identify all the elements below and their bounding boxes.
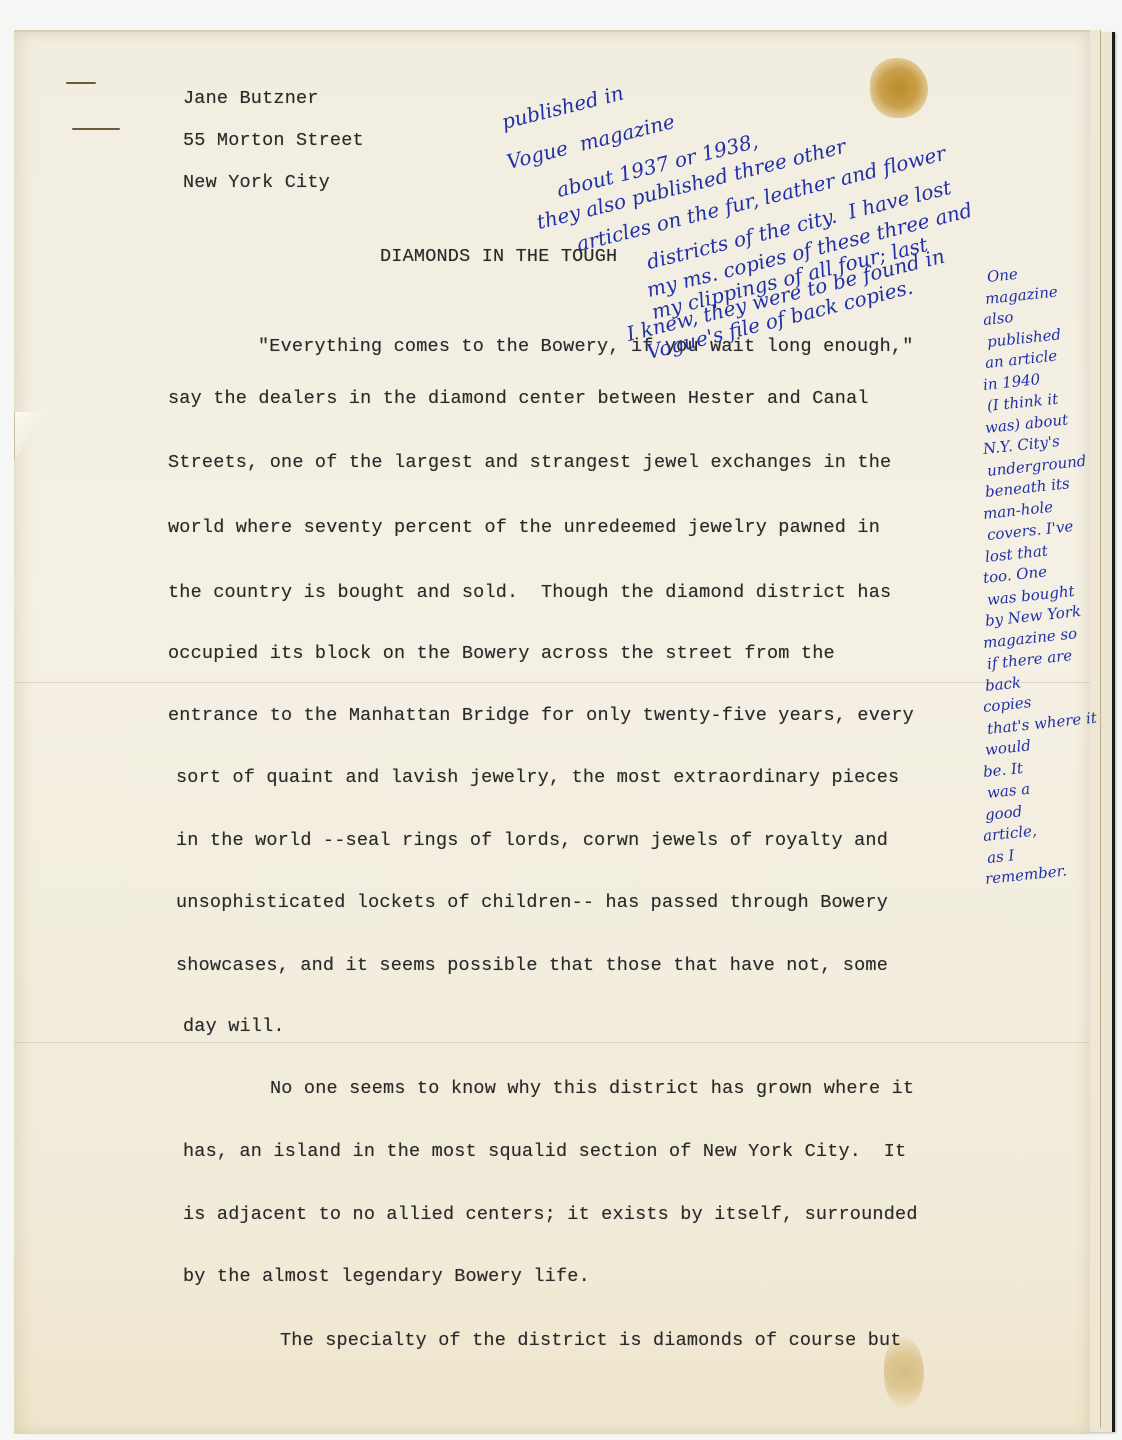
body-line: say the dealers in the diamond center be… xyxy=(168,388,869,409)
body-line: world where seventy percent of the unred… xyxy=(168,517,880,538)
handwritten-margin-line: be. It xyxy=(982,758,1024,780)
body-line: by the almost legendary Bowery life. xyxy=(183,1266,590,1287)
staple-mark xyxy=(72,128,120,130)
body-line: unsophisticated lockets of children-- ha… xyxy=(176,892,888,913)
handwritten-margin-line: as I xyxy=(986,846,1015,867)
body-line: is adjacent to no allied centers; it exi… xyxy=(183,1204,918,1225)
body-line: has, an island in the most squalid secti… xyxy=(183,1141,906,1162)
handwritten-margin-line: back xyxy=(984,673,1022,695)
author-city: New York City xyxy=(183,172,330,193)
body-line: No one seems to know why this district h… xyxy=(270,1078,914,1099)
body-line: day will. xyxy=(183,1016,285,1037)
body-line: in the world --seal rings of lords, corw… xyxy=(176,830,888,851)
body-line: Streets, one of the largest and stranges… xyxy=(168,452,891,473)
body-line: entrance to the Manhattan Bridge for onl… xyxy=(168,705,914,726)
body-line: "Everything comes to the Bowery, if you … xyxy=(258,336,914,357)
handwritten-margin-line: One xyxy=(986,265,1019,286)
body-line: sort of quaint and lavish jewelry, the m… xyxy=(176,767,899,788)
body-line: showcases, and it seems possible that th… xyxy=(176,955,888,976)
staple-mark xyxy=(66,82,96,84)
handwritten-margin-line: also xyxy=(982,308,1014,329)
paper-fold xyxy=(14,1042,1090,1043)
body-line: The specialty of the district is diamond… xyxy=(280,1330,902,1351)
coffee-stain xyxy=(870,58,928,118)
body-line: the country is bought and sold. Though t… xyxy=(168,582,891,603)
handwritten-margin-line: good xyxy=(984,802,1023,824)
body-line: occupied its block on the Bowery across … xyxy=(168,643,835,664)
dog-ear-corner xyxy=(14,412,55,460)
author-address: 55 Morton Street xyxy=(183,130,364,151)
paper-fold xyxy=(14,682,1090,683)
author-name: Jane Butzner xyxy=(183,88,319,109)
